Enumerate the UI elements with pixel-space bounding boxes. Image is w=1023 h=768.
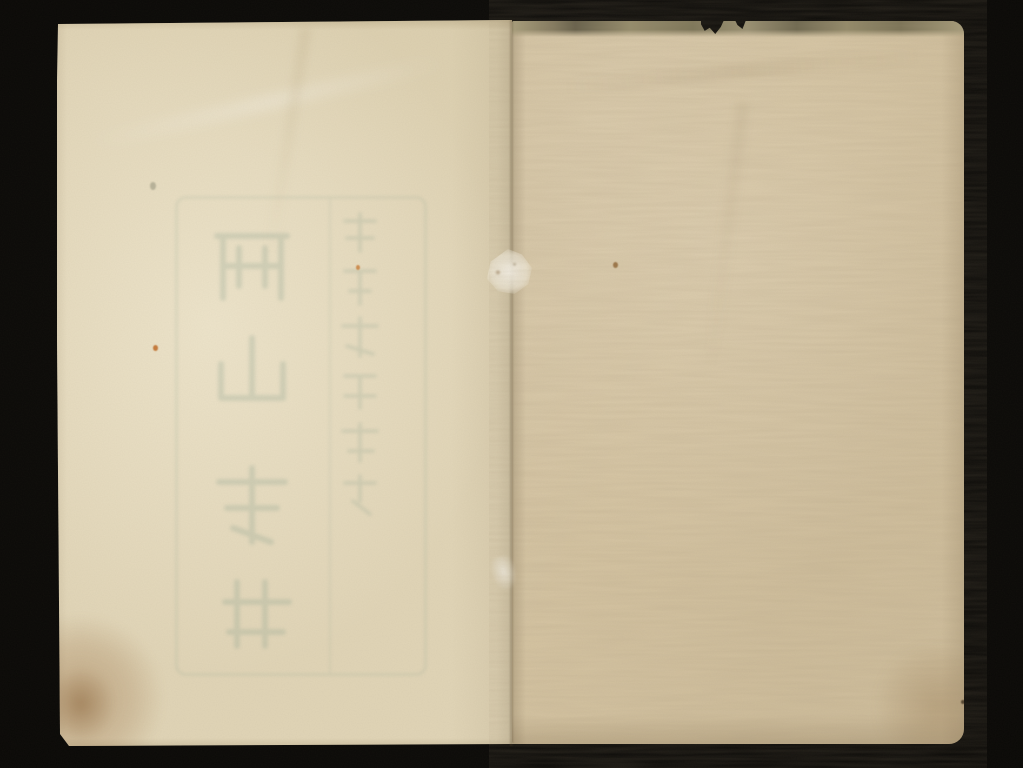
bottom-left-stain-core bbox=[53, 668, 115, 742]
brown-speck bbox=[613, 262, 618, 268]
gutter-seam bbox=[509, 20, 514, 746]
left-page bbox=[57, 20, 515, 747]
bleedthrough-title-column bbox=[217, 236, 289, 646]
bleedthrough-side-column bbox=[343, 214, 377, 514]
right-page-crease-1 bbox=[562, 47, 922, 94]
bleedthrough-showthrough bbox=[175, 196, 427, 676]
bleedthrough-frame bbox=[177, 198, 426, 675]
right-page-crease-2 bbox=[698, 101, 750, 420]
orange-speck-2 bbox=[356, 265, 360, 270]
book-photo-stage bbox=[0, 0, 1023, 768]
right-page bbox=[512, 21, 964, 744]
gray-fleck bbox=[150, 182, 156, 190]
bottom-right-corner-stain bbox=[878, 645, 964, 744]
left-page-crease-highlight bbox=[90, 45, 483, 151]
orange-speck-1 bbox=[153, 345, 158, 351]
